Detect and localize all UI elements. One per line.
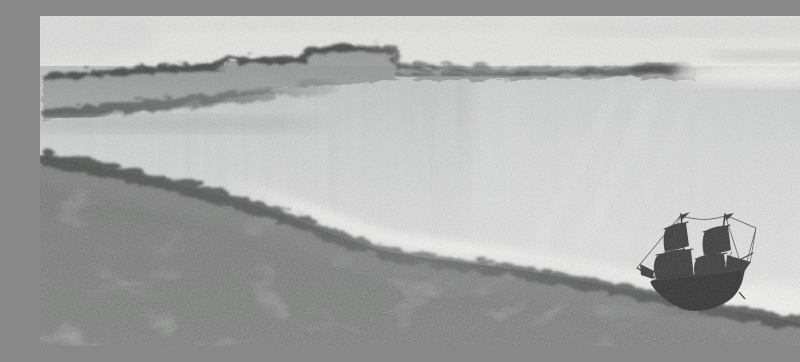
watercolor-seascape-painting [40,16,800,346]
paper-grain-light [40,16,800,346]
painting-canvas [40,16,800,346]
